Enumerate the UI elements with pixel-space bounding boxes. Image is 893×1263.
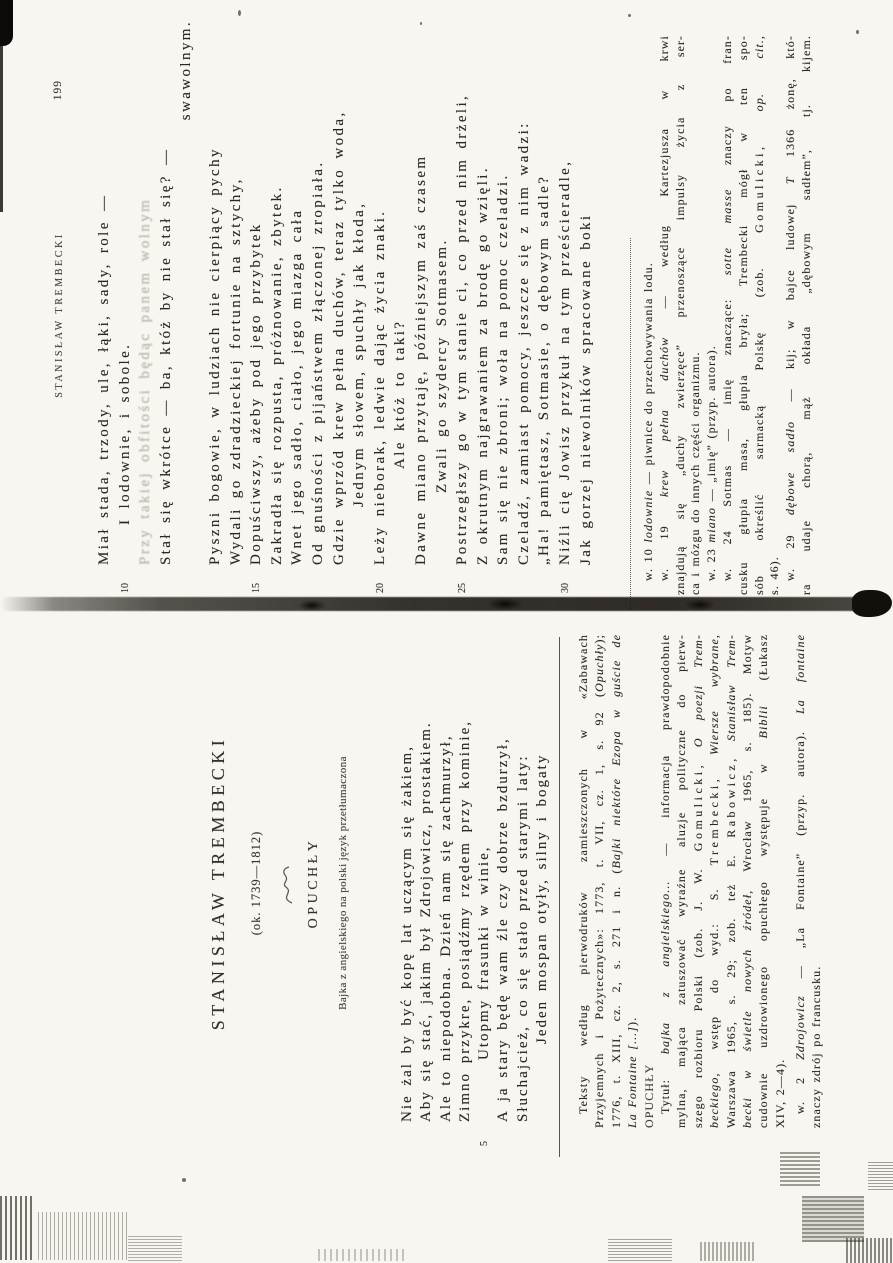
footnote-line: w. 19 krew pełna duchów — według Kartezj…	[657, 35, 673, 595]
poem-line: Zimno przykre, posiądźmy rzędem przy kom…	[457, 622, 476, 1122]
commentary-line: 1776, t. XIII, cz. 2, s. 271 i n. (Bajki…	[609, 634, 625, 1128]
commentary-line: znaczy zdrój po francusku.	[809, 634, 825, 1128]
footnote-line: s. 46).	[767, 35, 783, 595]
poem-line: Wnet jego sadło, ciało, jego miazga cała	[289, 20, 310, 565]
dust-speck	[856, 30, 859, 34]
verse-number: 30	[560, 583, 571, 593]
verse-number: 10	[120, 583, 131, 593]
commentary-line: Teksty według pierwodruków zamieszczonyc…	[576, 634, 592, 1128]
poem-line: Sam się nie zbroni; woła na pomoc czelad…	[495, 20, 516, 565]
poem-line: Zwali go szydercy Sotmasem.	[434, 20, 455, 565]
commentary-line: becki w świetle nowych źródeł, Wrocław 1…	[740, 634, 756, 1128]
author-heading: STANISŁAW TREMBECKI	[208, 633, 229, 1133]
poem-line: Ale któż to taki?	[392, 20, 413, 565]
poem-title: OPUCHŁY	[306, 633, 322, 1133]
poem-line: Czeladź, zamiast pomocy, jeszcze się z n…	[516, 20, 537, 565]
poem-line: swawolnym.	[178, 20, 199, 565]
poem-line: Od gnuśności z pijaństwem złączonej zrop…	[310, 20, 331, 565]
footnote-line: cusku głupia masa, głupia bryła; Trembec…	[736, 35, 752, 595]
dust-speck	[420, 22, 422, 25]
footnote-line: ca i mózgu do innych części organizmu.	[688, 35, 704, 595]
commentary-line: Tytuł: bajka z angielskiego... — informa…	[658, 634, 674, 1128]
footnote-line: w. 10 lodownie — piwnice do przechowywan…	[641, 35, 657, 595]
footnote-line: w. 29 dębowe sadło — kij; w bajce ludowe…	[783, 35, 799, 595]
commentary-line: szego rozbioru Polski (zob. J. W. Gomuli…	[691, 634, 707, 1128]
running-head: STANISŁAW TREMBECKI	[54, 35, 65, 595]
footnote-line: w. 23 miano — „imię” (przyp. autora).	[704, 35, 720, 595]
poem-line: Jak gorzej niewolników spracowane boki	[578, 20, 599, 565]
verse-number: 15	[251, 583, 262, 593]
poem-line: Słuchajcież, co się stało przed starymi …	[515, 622, 534, 1122]
commentary-line: cudownie uzdrowionego opuchłego występuj…	[756, 634, 772, 1128]
commentary-line: w. 2 Zdrojowicz — „La Fontaine” (przyp. …	[793, 634, 809, 1128]
poem-line: 30Niźli cię Jowisz przykuł na tym prześc…	[557, 20, 578, 565]
footnote-line: sób określić sarmacką Polskę (zob. Gomul…	[752, 35, 768, 595]
scanned-book-spread: STANISŁAW TREMBECKI (ok. 1739—1812) OPUC…	[0, 0, 893, 1263]
poem-continuation: Miał stada, trzody, ule, łąki, sady, rol…	[96, 20, 598, 565]
dust-speck	[628, 14, 631, 17]
poem-line: 15Dopuściwszy, ażeby pod jego przybytek	[248, 20, 269, 565]
commentary-line: mylna, mająca zatuszować wyraźne aluzje …	[674, 634, 690, 1128]
poem-line: 10I lodownie, i sobole.	[117, 20, 138, 565]
footnote-line: znajdują się „duchy zwierzęce” przenoszą…	[673, 35, 689, 595]
poem-line: Pyszni bogowie, w ludziach nie cierpiący…	[207, 20, 228, 565]
verse-number: 25	[457, 583, 468, 593]
footnote-separator-rule	[630, 238, 631, 610]
poem-line: Nie żal by być kopę lat uczącym się żaki…	[399, 622, 418, 1122]
poem-line: Z okrutnym najgrawaniem za brodę go wzię…	[475, 20, 496, 565]
flourish-mark	[276, 865, 303, 905]
commentary-line: Warszawa 1965, s. 29; zob. też E. Rabowi…	[724, 634, 740, 1128]
poem-line: Jeden mospan otyły, silny i bogaty	[534, 622, 553, 1122]
editorial-commentary: Teksty według pierwodruków zamieszczonyc…	[576, 634, 826, 1128]
author-dates: (ok. 1739—1812)	[249, 633, 264, 1133]
poem-line: „Ha! pamiętasz, Sotmasie, o dębowym sadl…	[536, 20, 557, 565]
poem-line: 20Leży nieborak, ledwie dając życia znak…	[372, 20, 393, 565]
poem-line: Dawne miano przytaję, późniejszym zaś cz…	[413, 20, 434, 565]
verse-number: 20	[375, 583, 386, 593]
commentary-separator-rule	[559, 637, 560, 1157]
poem-line: Zakradła się rozpusta, próżnowanie, zbyt…	[269, 20, 290, 565]
poem-line: Wydali go zdradzieckiej fortunie na szty…	[228, 20, 249, 565]
commentary-line: Przyjemnych i Pożytecznych»: 1773, t. VI…	[592, 634, 608, 1128]
dust-speck	[238, 10, 241, 16]
commentary-line: OPUCHŁY	[642, 634, 658, 1128]
commentary-line: XIV, 2—4).	[773, 634, 789, 1128]
page-left-title-page: STANISŁAW TREMBECKI (ok. 1739—1812) OPUC…	[0, 613, 893, 1263]
poem-subtitle: Bajka z angielskiego na polski język prz…	[337, 633, 349, 1133]
footnote-line: ra udaje chorą, mąż okłada „dębowym sadł…	[799, 35, 815, 595]
poem-line: Aby się stać, jakim był Zdrojowicz, pros…	[418, 622, 437, 1122]
poem-opening-stanza: Nie żal by być kopę lat uczącym się żaki…	[399, 622, 553, 1122]
verse-number: 5	[479, 1141, 490, 1146]
poem-line: 5Utopmy frasunki w winie,	[476, 622, 495, 1122]
rotated-sheet: STANISŁAW TREMBECKI (ok. 1739—1812) OPUC…	[0, 0, 893, 1263]
poem-line: Gdzie wprzód krew pełna duchów, teraz ty…	[331, 20, 352, 565]
poem-line: A ja stary będę wam źle czy dobrze bzdur…	[495, 622, 514, 1122]
poem-line: Stał się wkrótce — ba, któż by nie stał …	[158, 20, 179, 565]
page-header: STANISŁAW TREMBECKI 199	[54, 35, 65, 595]
commentary-line: La Fontaine [...]).	[625, 634, 641, 1128]
poem-line: 25Postrzegłszy go w tym stanie ci, co pr…	[454, 20, 475, 565]
poem-line: Miał stada, trzody, ule, łąki, sady, rol…	[96, 20, 117, 565]
poem-line: Ale to niepodobna. Dzień nam się zachmur…	[438, 622, 457, 1122]
page-number: 199	[52, 80, 64, 100]
poem-line: Przy takiej obfitości będąc panem wolnym	[137, 20, 158, 565]
dust-speck	[182, 1178, 186, 1182]
commentary-line: beckiego, wstęp do wyd.: S. Trembecki, W…	[707, 634, 723, 1128]
footnote-line: w. 24 Sotmas — imię znaczące: sotte mass…	[720, 35, 736, 595]
footnotes-block: w. 10 lodownie — piwnice do przechowywan…	[641, 35, 815, 595]
poem-line: Jednym słowem, spuchły jak kłoda,	[351, 20, 372, 565]
page-right-poem-page: STANISŁAW TREMBECKI 199 Miał stada, trzo…	[0, 0, 893, 613]
